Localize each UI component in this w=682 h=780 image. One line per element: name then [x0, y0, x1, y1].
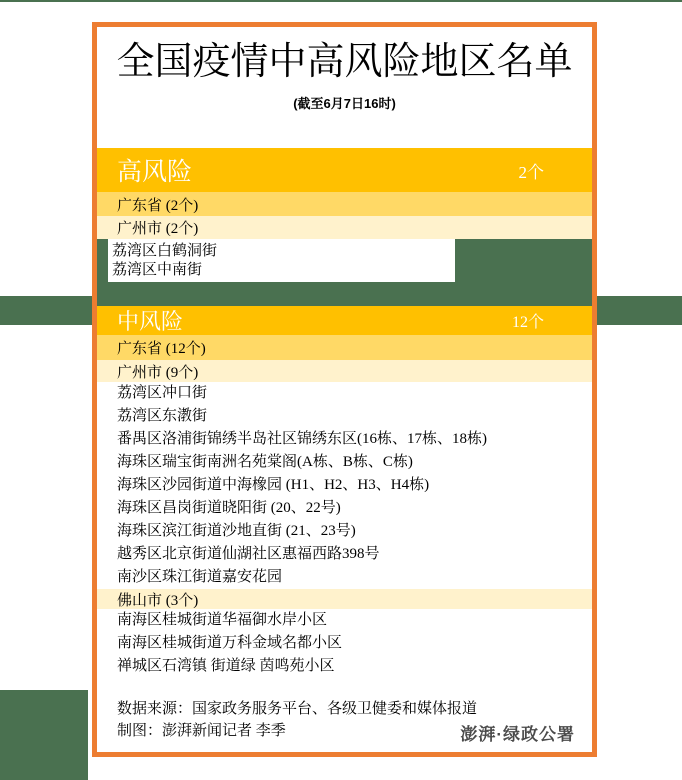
page-title: 全国疫情中高风险地区名单 — [97, 37, 592, 87]
data-source-note: 数据来源：国家政务服务平台、各级卫健委和媒体报道 — [117, 698, 592, 720]
title-area: 全国疫情中高风险地区名单 (截至6月7日16时) — [97, 37, 592, 148]
medium-risk-area: 番禺区洛浦街锦绣半岛社区锦绣东区(16栋、17栋、18栋) — [97, 428, 592, 451]
high-risk-area: 荔湾区白鹤洞街 — [112, 242, 455, 261]
medium-risk-area: 南沙区珠江街道嘉安花园 — [97, 566, 592, 589]
medium-risk-area: 海珠区沙园街道中海橡园 (H1、H2、H3、H4栋) — [97, 474, 592, 497]
poster-frame: 全国疫情中高风险地区名单 (截至6月7日16时) 高风险 2个 广东省 (2个)… — [92, 22, 597, 757]
medium-risk-area: 海珠区昌岗街道晓阳街 (20、22号) — [97, 497, 592, 520]
medium-risk-count: 12个 — [512, 309, 544, 332]
infographic-canvas: 全国疫情中高风险地区名单 (截至6月7日16时) 高风险 2个 广东省 (2个)… — [0, 0, 682, 780]
high-risk-header: 高风险 2个 — [97, 148, 592, 192]
medium-risk-city-row: 广州市 (9个) — [97, 360, 592, 382]
medium-risk-area: 南海区桂城街道华福御水岸小区 — [97, 609, 592, 632]
high-risk-count: 2个 — [519, 158, 545, 183]
medium-risk-area: 海珠区滨江街道沙地直街 (21、23号) — [97, 520, 592, 543]
medium-risk-area: 海珠区瑞宝街南洲名苑棠阁(A栋、B栋、C栋) — [97, 451, 592, 474]
top-accent-line — [0, 0, 682, 2]
high-risk-city-row: 广州市 (2个) — [97, 216, 592, 239]
medium-risk-label: 中风险 — [117, 305, 183, 336]
high-risk-label: 高风险 — [117, 152, 192, 188]
medium-risk-area: 南海区桂城街道万科金域名都小区 — [97, 632, 592, 655]
high-risk-areas-panel: 荔湾区白鹤洞街 荔湾区中南街 — [97, 239, 592, 306]
green-corner-block — [0, 690, 88, 780]
thepaper-logo: 澎湃·绿政公署 — [460, 720, 575, 745]
medium-risk-area-list-2: 南海区桂城街道华福御水岸小区 南海区桂城街道万科金域名都小区 禅城区石湾镇 街道… — [97, 609, 592, 678]
high-risk-area: 荔湾区中南街 — [112, 261, 455, 280]
medium-risk-header: 中风险 12个 — [97, 306, 592, 335]
high-risk-province-row: 广东省 (2个) — [97, 192, 592, 216]
medium-risk-area-list: 荔湾区冲口街 荔湾区东漖街 番禺区洛浦街锦绣半岛社区锦绣东区(16栋、17栋、1… — [97, 382, 592, 589]
high-risk-areas-box: 荔湾区白鹤洞街 荔湾区中南街 — [108, 239, 455, 282]
page-subtitle: (截至6月7日16时) — [97, 93, 592, 112]
medium-risk-province-row: 广东省 (12个) — [97, 335, 592, 360]
medium-risk-area: 越秀区北京街道仙湖社区惠福西路398号 — [97, 543, 592, 566]
medium-risk-area: 禅城区石湾镇 街道绿 茵鸣苑小区 — [97, 655, 592, 678]
medium-risk-area: 荔湾区东漖街 — [97, 405, 592, 428]
medium-risk-city-row-2: 佛山市 (3个) — [97, 589, 592, 609]
medium-risk-area: 荔湾区冲口街 — [97, 382, 592, 405]
